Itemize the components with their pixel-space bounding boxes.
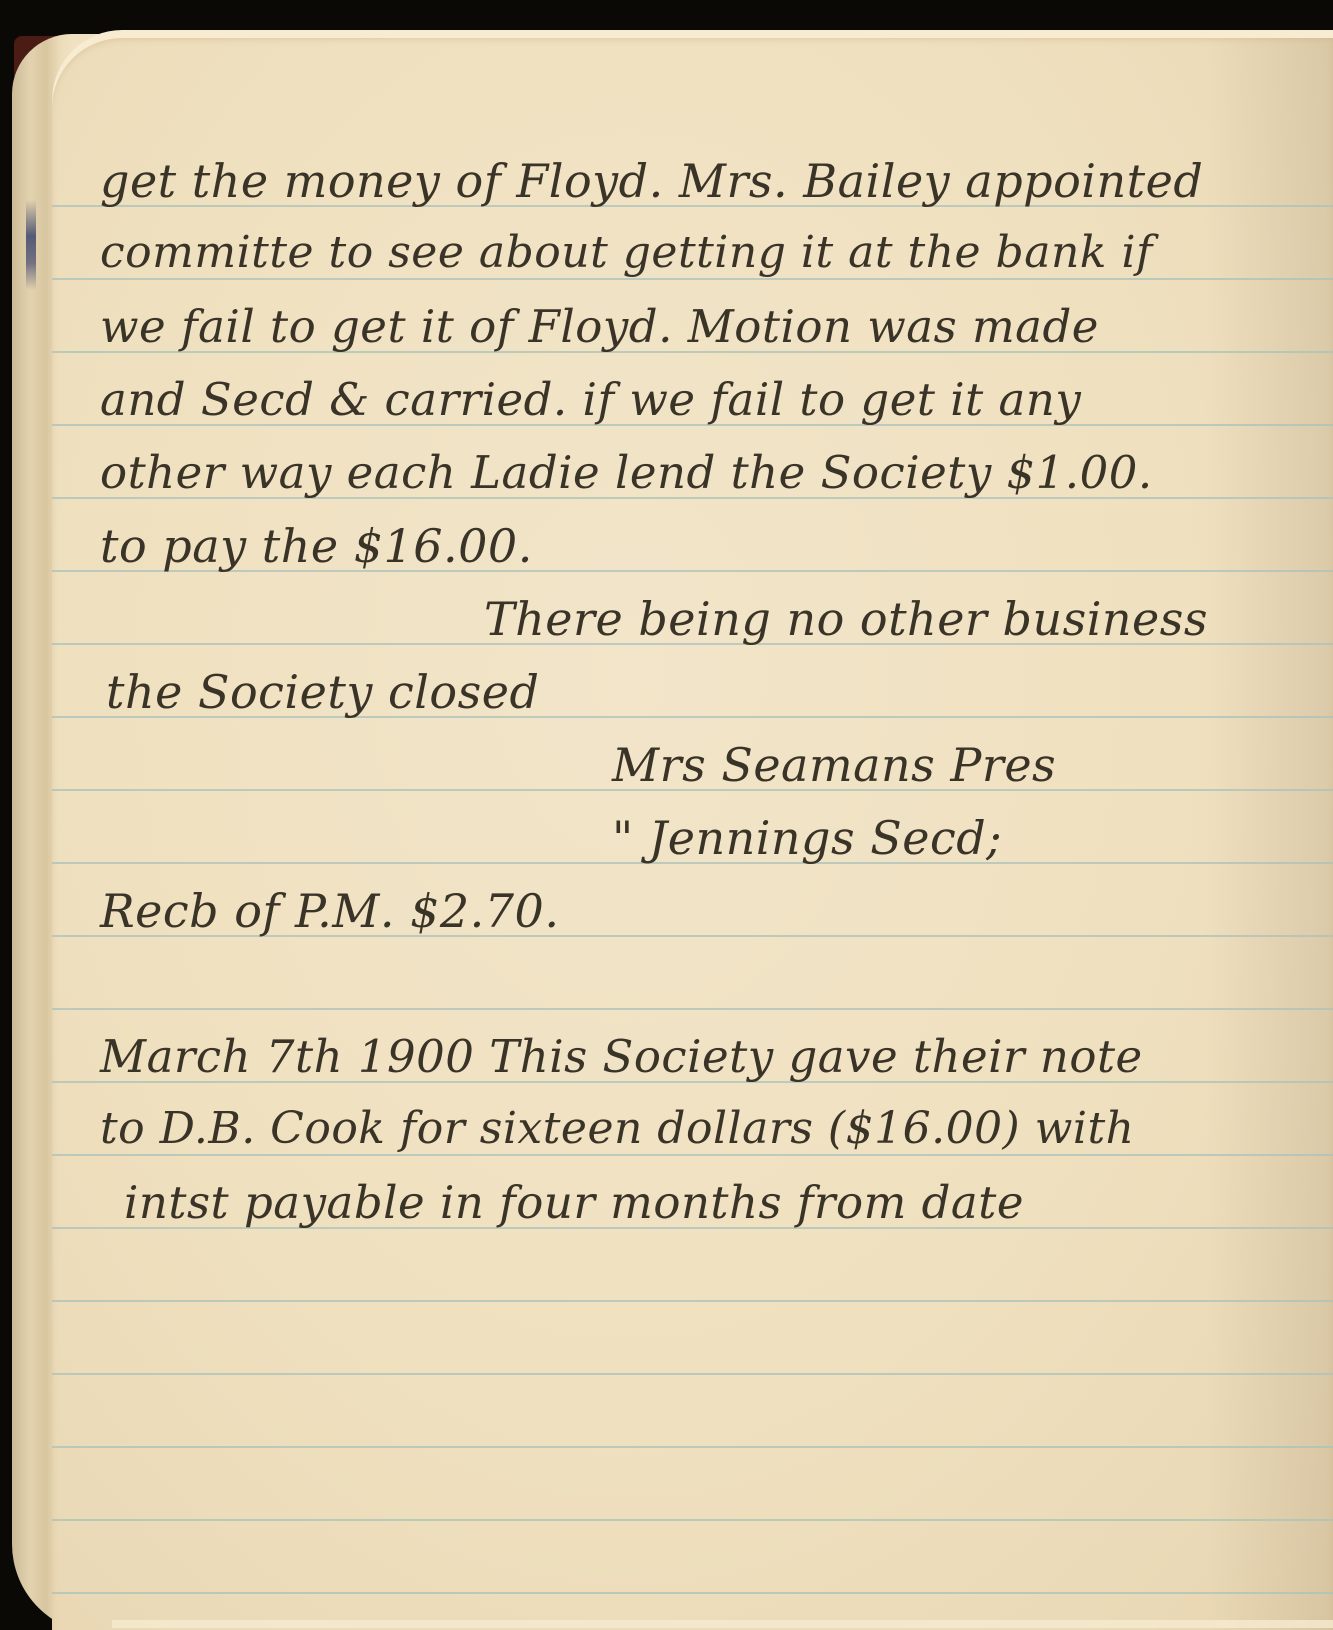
handwritten-line: we fail to get it of Floyd. Motion was m… [100, 304, 1099, 349]
page-bottom-edge [112, 1620, 1333, 1628]
ruled-line [52, 1300, 1333, 1302]
ruled-line [52, 1008, 1333, 1010]
binding-ink-stain [26, 200, 36, 290]
handwritten-line: the Society closed [106, 669, 539, 715]
ruled-line [52, 278, 1333, 280]
ruled-line [52, 1592, 1333, 1594]
handwritten-line: committe to see about getting it at the … [100, 231, 1153, 275]
handwritten-line: other way each Ladie lend the Society $1… [100, 450, 1153, 495]
handwritten-line: There being no other business [484, 596, 1208, 642]
signature-secretary: " Jennings Secd; [612, 815, 1002, 861]
ruled-line [52, 1154, 1333, 1156]
entry-heading-date: March 7th 1900 This Society gave their n… [100, 1034, 1143, 1079]
ruled-line [52, 1519, 1333, 1521]
handwritten-line: to pay the $16.00. [100, 523, 533, 569]
handwritten-line: intst payable in four months from date [124, 1180, 1024, 1225]
handwritten-line: and Secd & carried. if we fail to get it… [100, 377, 1081, 422]
notebook-page: get the money of Floyd. Mrs. Bailey appo… [52, 30, 1333, 1630]
handwritten-line: to D.B. Cook for sixteen dollars ($16.00… [100, 1107, 1134, 1151]
signature-president: Mrs Seamans Pres [612, 742, 1056, 788]
ruled-line [52, 1446, 1333, 1448]
handwritten-line: get the money of Floyd. Mrs. Bailey appo… [100, 158, 1203, 204]
receipt-note: Recb of P.M. $2.70. [100, 888, 559, 934]
scanned-notebook-page: get the money of Floyd. Mrs. Bailey appo… [0, 0, 1333, 1630]
ruled-line [52, 1373, 1333, 1375]
